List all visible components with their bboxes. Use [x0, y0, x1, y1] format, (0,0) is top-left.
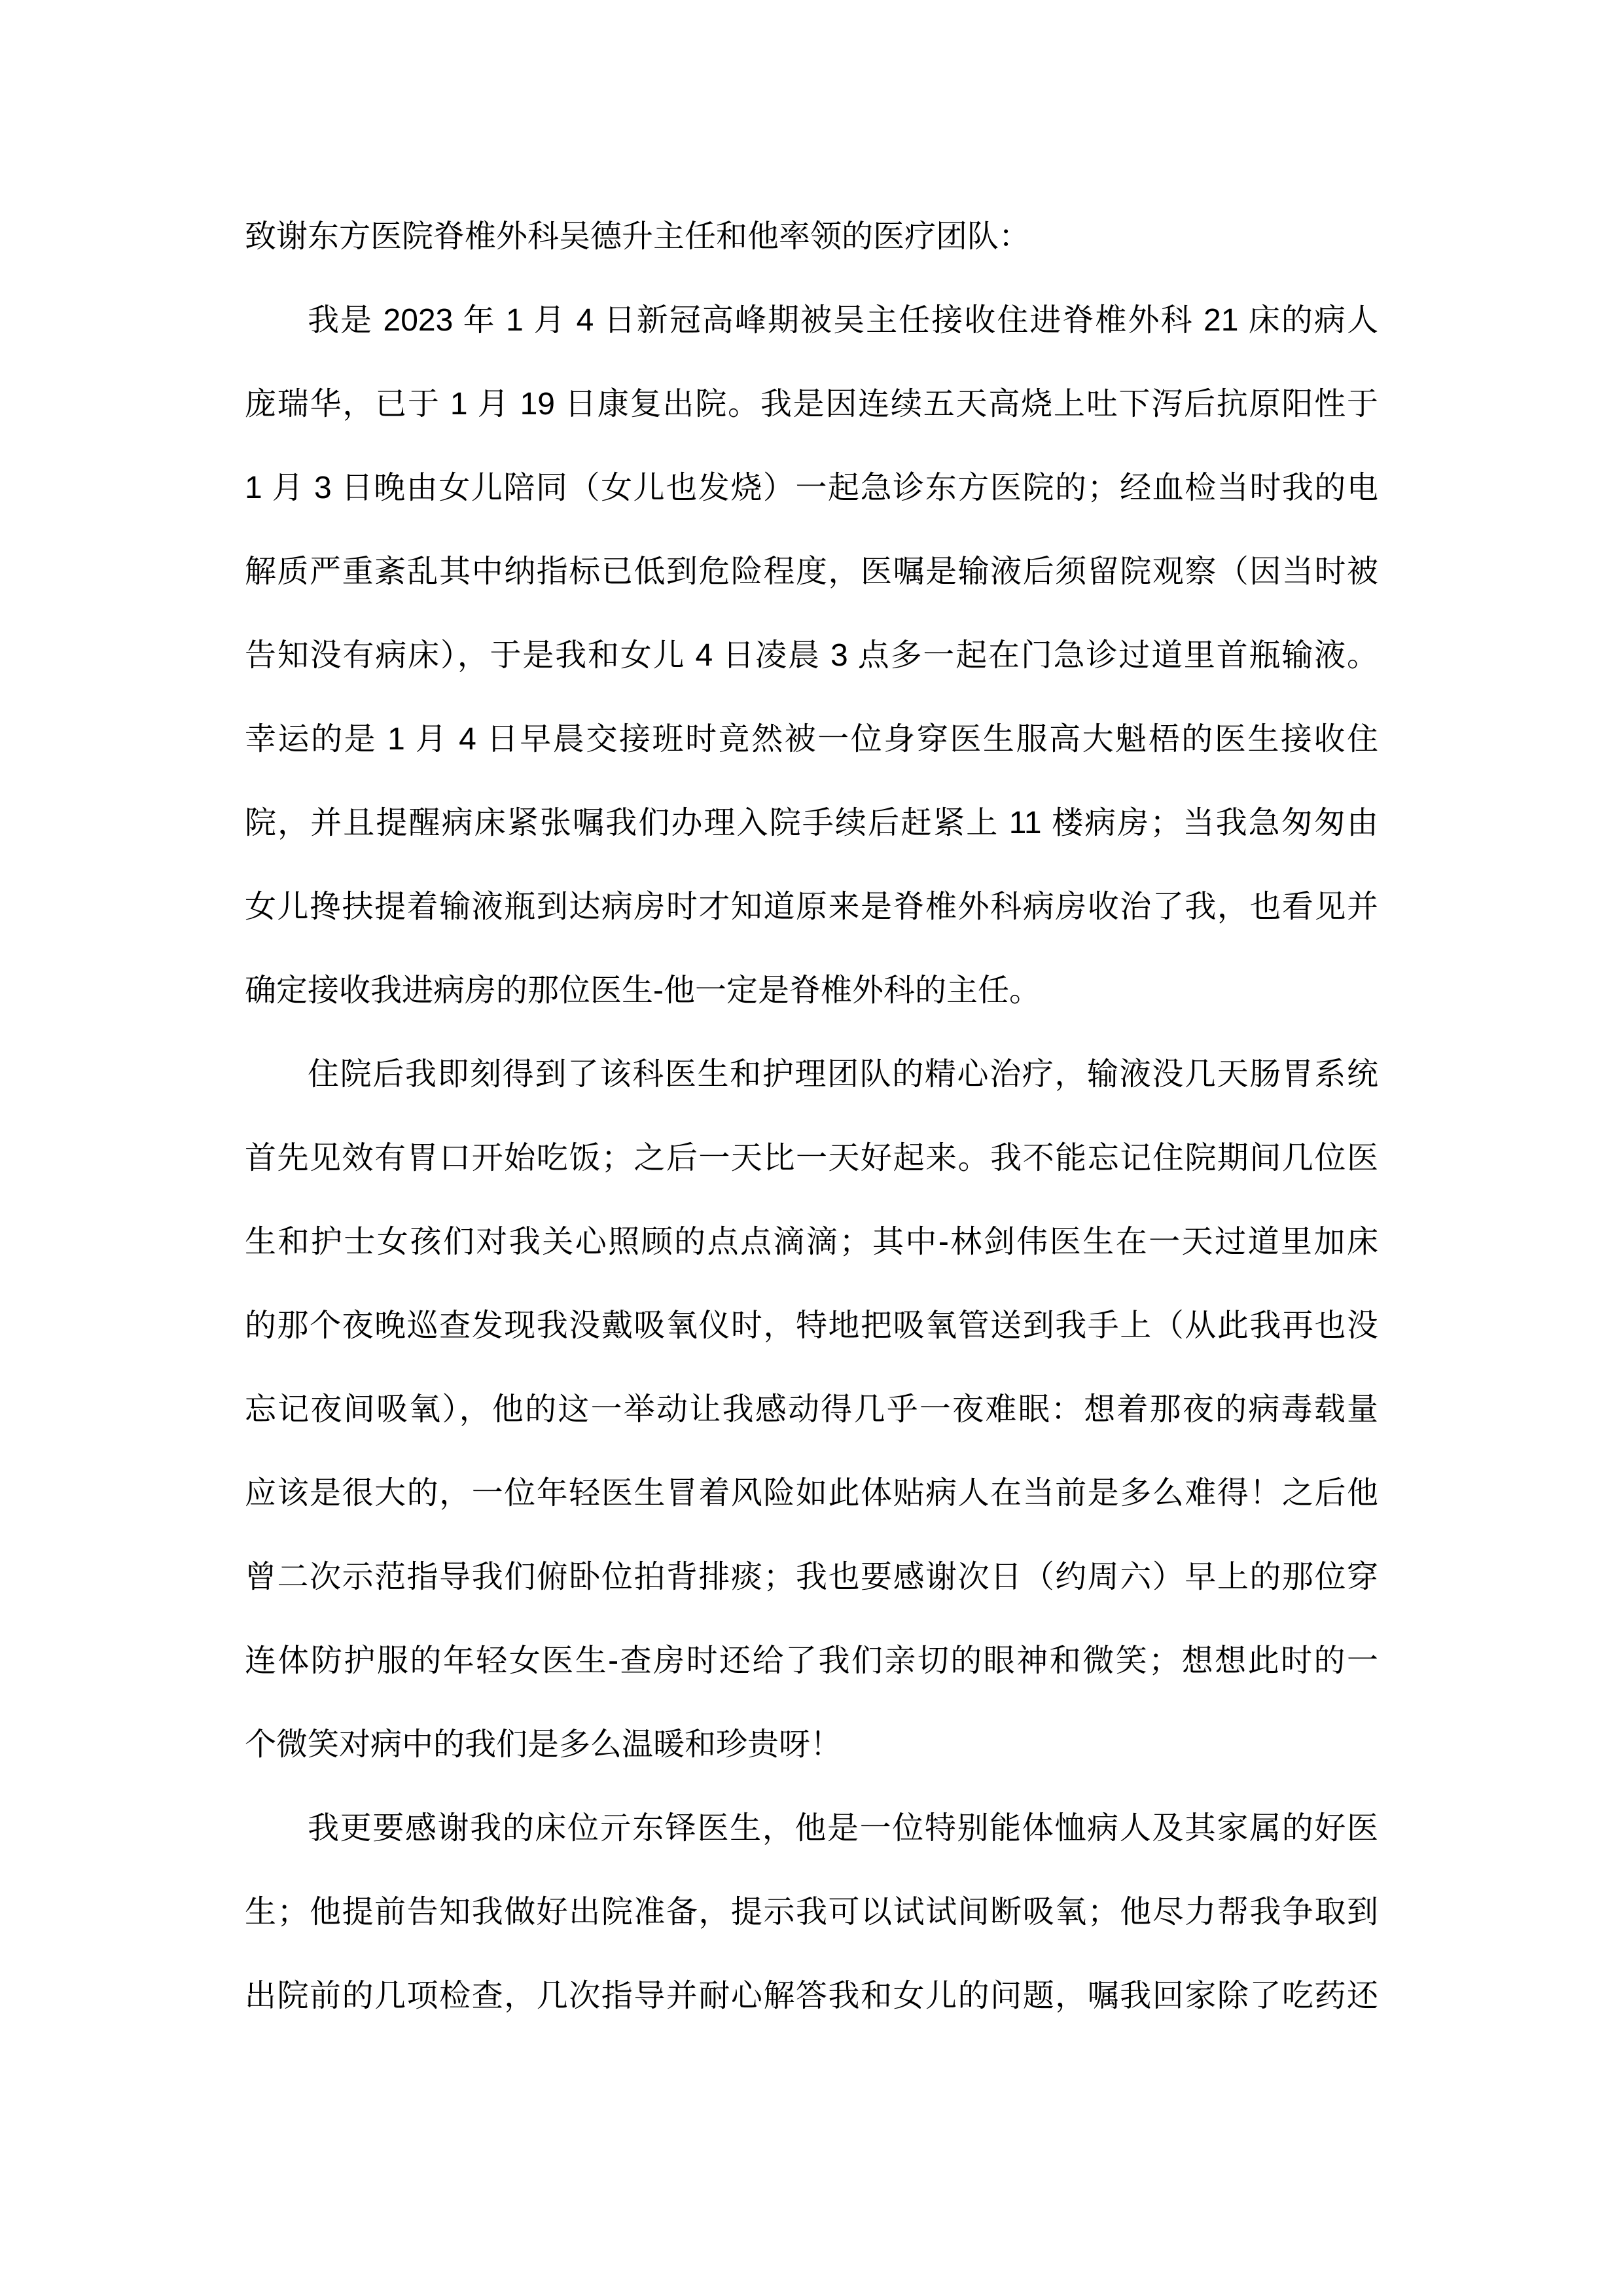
text-line: 应该是很大的，一位年轻医生冒着风险如此体贴病人在当前是多么难得！之后他: [245, 1452, 1378, 1535]
text-line: 我是 2023 年 1 月 4 日新冠高峰期被吴主任接收住进脊椎外科 21 床的…: [245, 279, 1378, 363]
text-line: 我更要感谢我的床位亓东铎医生，他是一位特别能体恤病人及其家属的好医: [245, 1787, 1378, 1871]
text-line: 解质严重紊乱其中纳指标已低到危险程度，医嘱是输液后须留院观察（因当时被: [245, 530, 1378, 614]
text-line: 连体防护服的年轻女医生-查房时还给了我们亲切的眼神和微笑；想想此时的一: [245, 1619, 1378, 1703]
text-line: 女儿搀扶提着输液瓶到达病房时才知道原来是脊椎外科病房收治了我，也看见并: [245, 865, 1378, 949]
text-line: 出院前的几项检查，几次指导并耐心解答我和女儿的问题，嘱我回家除了吃药还: [245, 1954, 1378, 2038]
text-line: 生；他提前告知我做好出院准备，提示我可以试试间断吸氧；他尽力帮我争取到: [245, 1871, 1378, 1954]
text-line: 幸运的是 1 月 4 日早晨交接班时竟然被一位身穿医生服高大魁梧的医生接收住: [245, 698, 1378, 781]
text-line: 忘记夜间吸氧），他的这一举动让我感动得几乎一夜难眠：想着那夜的病毒载量: [245, 1368, 1378, 1452]
text-line: 的那个夜晚巡查发现我没戴吸氧仪时，特地把吸氧管送到我手上（从此我再也没: [245, 1284, 1378, 1368]
text-line: 个微笑对病中的我们是多么温暖和珍贵呀！: [245, 1703, 1378, 1787]
paragraph: 我更要感谢我的床位亓东铎医生，他是一位特别能体恤病人及其家属的好医生；他提前告知…: [245, 1787, 1378, 2038]
paragraph-list: 我是 2023 年 1 月 4 日新冠高峰期被吴主任接收住进脊椎外科 21 床的…: [245, 279, 1378, 2038]
paragraph: 住院后我即刻得到了该科医生和护理团队的精心治疗，输液没几天肠胃系统首先见效有胃口…: [245, 1033, 1378, 1787]
text-line: 院，并且提醒病床紧张嘱我们办理入院手续后赶紧上 11 楼病房；当我急匆匆由: [245, 781, 1378, 865]
text-line: 住院后我即刻得到了该科医生和护理团队的精心治疗，输液没几天肠胃系统: [245, 1033, 1378, 1117]
salutation-line: 致谢东方医院脊椎外科吴德升主任和他率领的医疗团队：: [245, 195, 1378, 279]
text-line: 曾二次示范指导我们俯卧位拍背排痰；我也要感谢次日（约周六）早上的那位穿: [245, 1535, 1378, 1619]
text-line: 庞瑞华，已于 1 月 19 日康复出院。我是因连续五天高烧上吐下泻后抗原阳性于: [245, 363, 1378, 446]
text-line: 告知没有病床），于是我和女儿 4 日凌晨 3 点多一起在门急诊过道里首瓶输液。: [245, 614, 1378, 698]
text-line: 生和护士女孩们对我关心照顾的点点滴滴；其中-林剑伟医生在一天过道里加床: [245, 1200, 1378, 1284]
letter-body: 致谢东方医院脊椎外科吴德升主任和他率领的医疗团队： 我是 2023 年 1 月 …: [245, 195, 1378, 2038]
paragraph: 我是 2023 年 1 月 4 日新冠高峰期被吴主任接收住进脊椎外科 21 床的…: [245, 279, 1378, 1033]
text-line: 首先见效有胃口开始吃饭；之后一天比一天好起来。我不能忘记住院期间几位医: [245, 1117, 1378, 1200]
document-page: 致谢东方医院脊椎外科吴德升主任和他率领的医疗团队： 我是 2023 年 1 月 …: [0, 0, 1623, 2296]
text-line: 确定接收我进病房的那位医生-他一定是脊椎外科的主任。: [245, 949, 1378, 1033]
text-line: 1 月 3 日晚由女儿陪同（女儿也发烧）一起急诊东方医院的；经血检当时我的电: [245, 446, 1378, 530]
